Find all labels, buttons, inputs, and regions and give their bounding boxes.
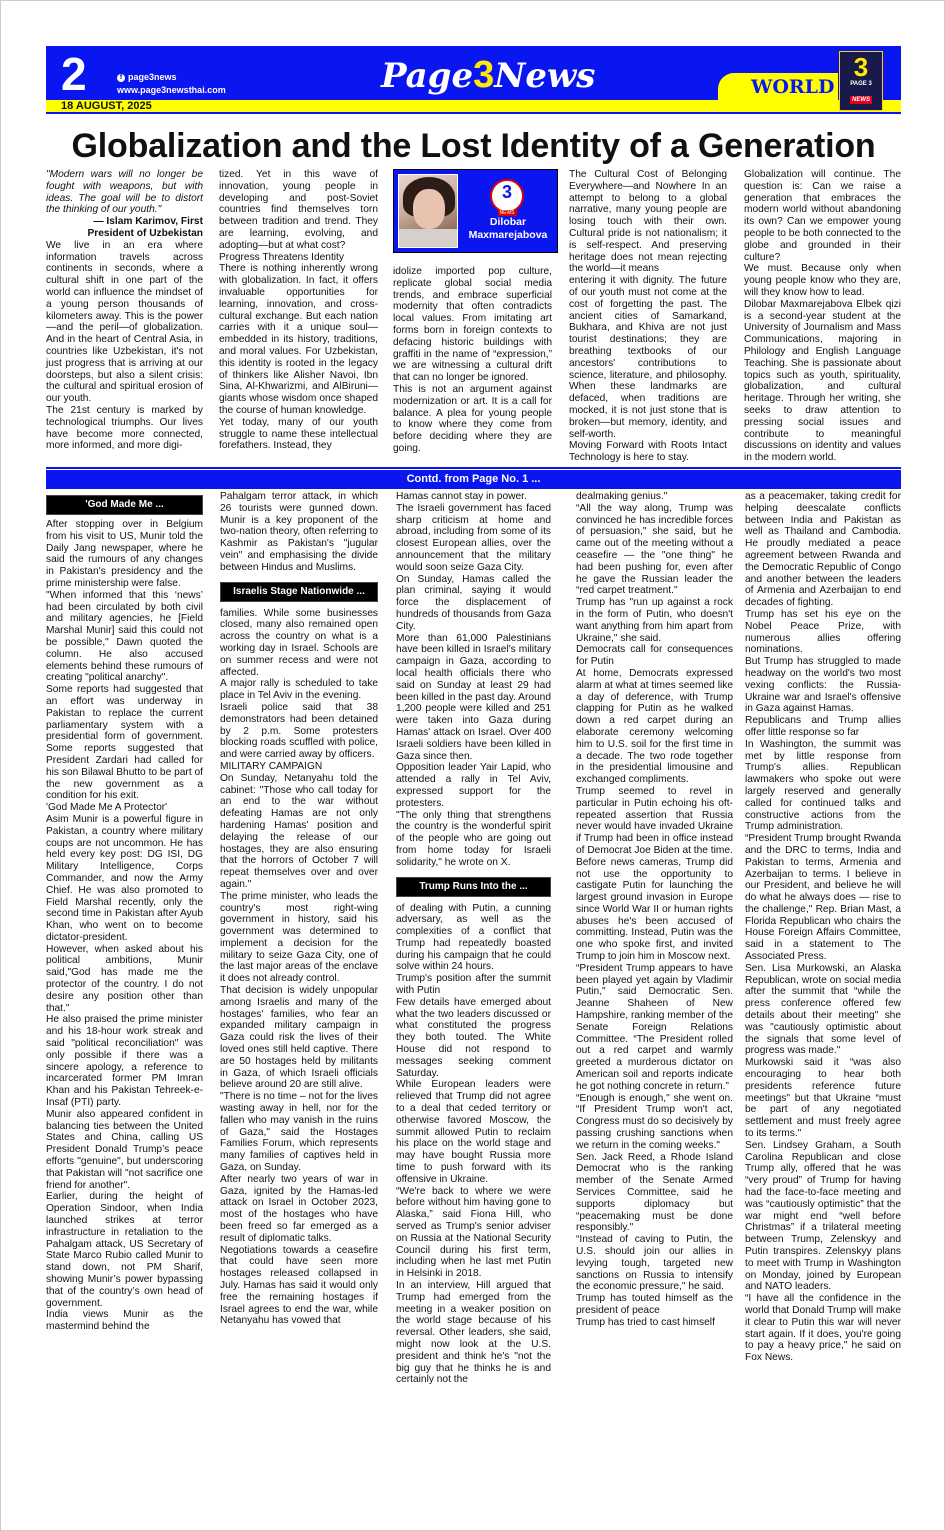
- paragraph: But Trump has struggled to made headway …: [745, 656, 901, 715]
- paragraph: Opposition leader Yair Lapid, who attend…: [396, 762, 551, 809]
- subheading: MILITARY CAMPAIGN: [220, 761, 378, 773]
- paragraph: India views Munir as the mastermind behi…: [46, 1309, 203, 1333]
- feature-column-2: tized. Yet in this wave of innovation, y…: [219, 169, 378, 452]
- paragraph: The Israeli government has faced sharp c…: [396, 503, 551, 574]
- paragraph: The Cultural Cost of Belonging Everywher…: [569, 169, 727, 275]
- section-divider: [46, 467, 901, 469]
- social-links: fpage3news www.page3newsthai.com: [117, 71, 226, 97]
- continued-banner: Contd. from Page No. 1 ...: [46, 470, 901, 489]
- facebook-icon: f: [117, 74, 125, 82]
- paragraph: Sen. Jack Reed, a Rhode Island Democrat …: [576, 1152, 733, 1235]
- jump-head-god-made-me[interactable]: 'God Made Me ...: [46, 495, 203, 515]
- paragraph: After stopping over in Belgium from his …: [46, 519, 203, 590]
- feature-column-1: "Modern wars will no longer be fought wi…: [46, 169, 203, 452]
- continued-column-4: dealmaking genius." “All the way along, …: [576, 491, 733, 1329]
- paragraph: On Sunday, Hamas called the plan crimina…: [396, 574, 551, 633]
- paragraph: A major rally is scheduled to take place…: [220, 678, 378, 702]
- continued-column-1: 'God Made Me ... After stopping over in …: [46, 493, 203, 1333]
- paragraph: Pahalgam terror attack, in which 26 tour…: [220, 491, 378, 574]
- paragraph: The prime minister, who leads the countr…: [220, 891, 378, 985]
- paragraph: Asim Munir is a powerful figure in Pakis…: [46, 814, 203, 944]
- subheading: Democrats call for consequences for Puti…: [576, 644, 733, 668]
- quote-attribution: — Islam Karimov, First President of Uzbe…: [46, 216, 203, 240]
- author-photo: [398, 174, 458, 248]
- paragraph: Murkowski said it “was also encouraging …: [745, 1057, 901, 1140]
- paragraph: “All the way along, Trump was convinced …: [576, 503, 733, 597]
- paragraph: Moving Forward with Roots Intact Technol…: [569, 440, 727, 464]
- paragraph: After nearly two years of war in Gaza, i…: [220, 1174, 378, 1245]
- paragraph: Some reports had suggested that an effor…: [46, 684, 203, 802]
- paragraph: “Instead of caving to Putin, the U.S. sh…: [576, 1234, 733, 1293]
- paragraph: We live in an era where information trav…: [46, 240, 203, 405]
- logo-number: 3: [473, 54, 494, 96]
- subheading: Trump has touted himself as the presiden…: [576, 1293, 733, 1317]
- paragraph: More than 61,000 Palestinians have been …: [396, 633, 551, 763]
- logo-text-news: News: [494, 56, 595, 96]
- subheading: Trump's position after the summit with P…: [396, 973, 551, 997]
- paragraph: Hamas cannot stay in power.: [396, 491, 551, 503]
- paragraph: of dealing with Putin, a cunning adversa…: [396, 903, 551, 974]
- subheading: Progress Threatens Identity: [219, 252, 378, 264]
- paragraph: Negotiations towards a ceasefire that co…: [220, 1245, 378, 1328]
- paragraph: as a peacemaker, taking credit for helpi…: [745, 491, 901, 609]
- paragraph: While European leaders were relieved tha…: [396, 1079, 551, 1185]
- paragraph: Few details have emerged about what the …: [396, 997, 551, 1080]
- paragraph: "There is no time – not for the lives wa…: [220, 1091, 378, 1174]
- paragraph: dealmaking genius.": [576, 491, 733, 503]
- paragraph: Dilobar Maxmarejabova Elbek qizi is a se…: [744, 299, 901, 464]
- paragraph: “I have all the confidence in the world …: [745, 1293, 901, 1364]
- paragraph: Yet today, many of our youth struggle to…: [219, 417, 378, 452]
- paragraph: Trump has "run up against a rock in the …: [576, 597, 733, 644]
- section-label: WORLD: [751, 73, 835, 101]
- jump-head-israelis-stage[interactable]: Israelis Stage Nationwide ...: [220, 582, 378, 602]
- page-number: 2: [61, 45, 87, 103]
- paragraph: In Washington, the summit was met by lit…: [745, 739, 901, 833]
- paragraph: Israeli police said that 38 demonstrator…: [220, 702, 378, 761]
- newspaper-logo: Page3News: [381, 51, 595, 100]
- continued-column-5: as a peacemaker, taking credit for helpi…: [745, 491, 901, 1364]
- jump-head-trump-runs[interactable]: Trump Runs Into the ...: [396, 877, 551, 897]
- paragraph: “President Trump brought Rwanda and the …: [745, 833, 901, 963]
- page3-circle-logo: 3NEWS: [490, 179, 524, 213]
- paragraph: On Sunday, Netanyahu told the cabinet: "…: [220, 773, 378, 891]
- paragraph: tized. Yet in this wave of innovation, y…: [219, 169, 378, 252]
- newspaper-page: 2 fpage3news www.page3newsthai.com 18 AU…: [0, 0, 945, 1531]
- paragraph: “Enough is enough," she went on. “If Pre…: [576, 1093, 733, 1152]
- social-handle[interactable]: page3news: [128, 72, 177, 82]
- paragraph: Globalization will continue. The questio…: [744, 169, 901, 263]
- page3-badge-logo: 3 PAGE 3 NEWS: [839, 51, 883, 111]
- feature-column-3: idolize imported pop culture, replicate …: [393, 266, 552, 455]
- author-name: Dilobar Maxmarejabova: [462, 216, 554, 242]
- paragraph: Munir also appeared confident in balanci…: [46, 1109, 203, 1192]
- badge-label: PAGE 3: [840, 80, 882, 88]
- paragraph: Trump seemed to revel in particular in P…: [576, 786, 733, 857]
- feature-column-4: The Cultural Cost of Belonging Everywher…: [569, 169, 727, 464]
- issue-date: 18 AUGUST, 2025: [61, 100, 152, 112]
- feature-column-5: Globalization will continue. The questio…: [744, 169, 901, 464]
- subheading: Republicans and Trump allies offer littl…: [745, 715, 901, 739]
- paragraph: However, when asked about his political …: [46, 944, 203, 1015]
- paragraph: Earlier, during the height of Operation …: [46, 1191, 203, 1309]
- paragraph: "The only thing that strengthens the cou…: [396, 810, 551, 869]
- paragraph: We must. Because only when young people …: [744, 263, 901, 298]
- website-link[interactable]: www.page3newsthai.com: [117, 84, 226, 97]
- badge-number: 3: [840, 54, 882, 80]
- paragraph: Trump has set his eye on the Nobel Peace…: [745, 609, 901, 656]
- paragraph: Sen. Lisa Murkowski, an Alaska Republica…: [745, 963, 901, 1057]
- continued-column-3: Hamas cannot stay in power. The Israeli …: [396, 491, 551, 1386]
- pull-quote: "Modern wars will no longer be fought wi…: [46, 169, 203, 216]
- paragraph: “We're back to where we were before with…: [396, 1186, 551, 1280]
- paragraph: entering it with dignity. The future of …: [569, 275, 727, 440]
- paragraph: That decision is widely unpopular among …: [220, 985, 378, 1091]
- paragraph: Sen. Lindsey Graham, a South Carolina Re…: [745, 1140, 901, 1293]
- paragraph: He also praised the prime minister and h…: [46, 1014, 203, 1108]
- continued-column-2: Pahalgam terror attack, in which 26 tour…: [220, 491, 378, 1327]
- logo-text-page: Page: [381, 56, 473, 96]
- paragraph: “President Trump appears to have been pl…: [576, 963, 733, 1093]
- paragraph: families. While some businesses closed, …: [220, 608, 378, 679]
- paragraph: In an interview, Hill argued that Trump …: [396, 1280, 551, 1386]
- paragraph: Before news cameras, Trump did not use t…: [576, 857, 733, 963]
- badge-sub: NEWS: [850, 96, 872, 104]
- author-card: 3NEWS Dilobar Maxmarejabova: [393, 169, 558, 253]
- page-headline: Globalization and the Lost Identity of a…: [46, 125, 901, 167]
- paragraph: Trump has tried to cast himself: [576, 1317, 733, 1329]
- paragraph: This is not an argument against moderniz…: [393, 384, 552, 455]
- paragraph: idolize imported pop culture, replicate …: [393, 266, 552, 384]
- paragraph: At home, Democrats expressed alarm at wh…: [576, 668, 733, 786]
- paragraph: The 21st century is marked by technologi…: [46, 405, 203, 452]
- subheading: 'God Made Me A Protector': [46, 802, 203, 814]
- paragraph: There is nothing inherently wrong with g…: [219, 263, 378, 416]
- paragraph: "When informed that this ‘news’ had been…: [46, 590, 203, 684]
